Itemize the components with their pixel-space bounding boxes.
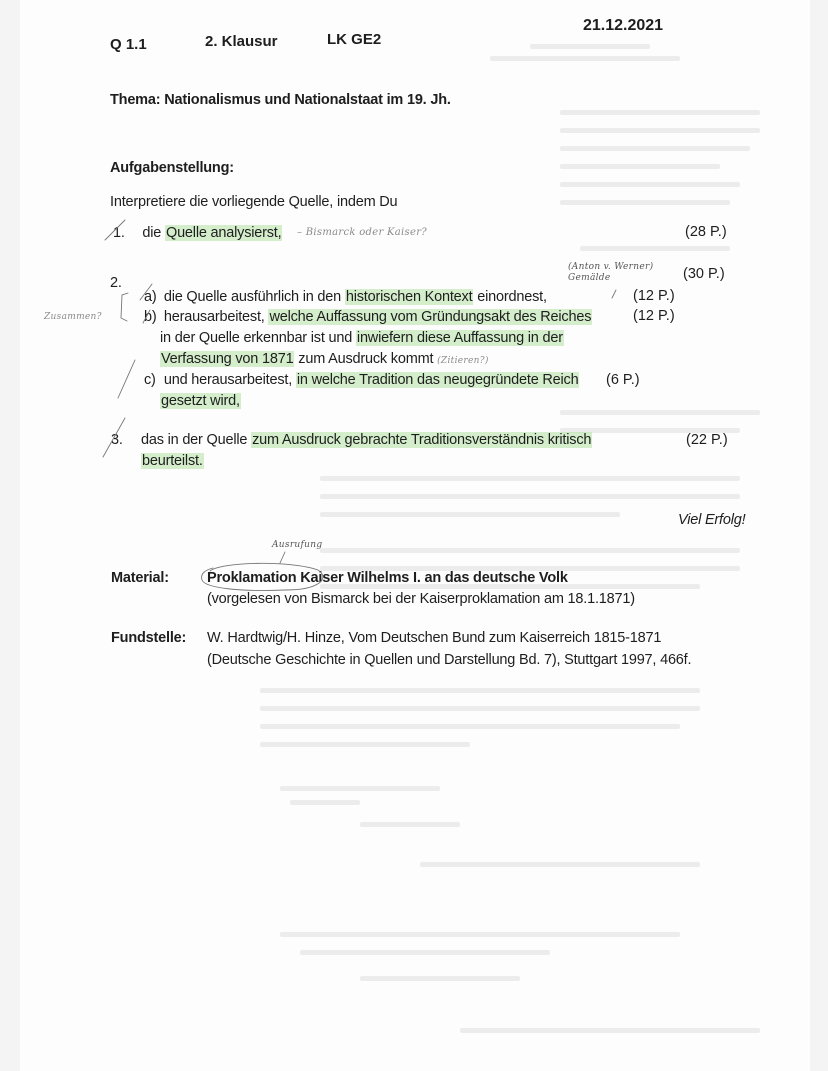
highlight: welche Auffassung vom Gründungsakt des R…: [268, 309, 592, 325]
highlight: historischen Kontext: [345, 289, 474, 305]
highlight: inwiefern diese Auffassung in der: [356, 330, 564, 346]
points: (22 P.): [686, 432, 728, 448]
pencil-note-side: Zusammen?: [44, 312, 102, 322]
subtask-b: b) herausarbeitest, welche Auffassung vo…: [144, 309, 592, 325]
pencil-note: (Zitieren?): [437, 356, 489, 366]
pencil-note: Ausrufung: [272, 540, 322, 550]
course-label: Q 1.1: [110, 36, 147, 53]
closing-text: Viel Erfolg!: [678, 512, 745, 528]
subtask-b-line2: in der Quelle erkennbar ist und inwiefer…: [160, 330, 564, 346]
material-title: Proklamation Kaiser Wilhelms I. an das d…: [207, 570, 568, 586]
topic-title: Thema: Nationalismus und Nationalstaat i…: [110, 92, 451, 108]
points: (12 P.): [633, 288, 675, 304]
subtask-a: a) die Quelle ausführlich in den histori…: [144, 289, 547, 305]
pencil-note: – Bismarck oder Kaiser?: [297, 227, 427, 238]
highlight: beurteilst.: [141, 453, 204, 469]
material-subtitle: (vorgelesen von Bismarck bei der Kaiserp…: [207, 591, 635, 607]
task-3-line2: beurteilst.: [141, 453, 204, 469]
assignment-heading: Aufgabenstellung:: [110, 160, 234, 176]
exam-label: 2. Klausur: [205, 33, 278, 50]
source-label: Fundstelle:: [111, 630, 186, 646]
source-line-2: (Deutsche Geschichte in Quellen und Dars…: [207, 652, 691, 668]
task-1: 1. die Quelle analysierst,: [113, 225, 282, 241]
highlight: gesetzt wird,: [160, 393, 241, 409]
task-3: 3.das in der Quelle zum Ausdruck gebrach…: [111, 432, 592, 448]
task-2-number: 2.: [110, 275, 122, 291]
highlight: in welche Tradition das neugegründete Re…: [296, 372, 580, 388]
source-line-1: W. Hardtwig/H. Hinze, Vom Deutschen Bund…: [207, 630, 661, 646]
exam-date: 21.12.2021: [583, 17, 663, 35]
pencil-note: (Anton v. Werner) Gemälde: [568, 262, 678, 284]
task-number: 1.: [113, 225, 125, 241]
subtask-c-line2: gesetzt wird,: [160, 393, 241, 409]
points: (30 P.): [683, 266, 725, 282]
assignment-intro: Interpretiere die vorliegende Quelle, in…: [110, 194, 397, 210]
subtask-c: c) und herausarbeitest, in welche Tradit…: [144, 372, 579, 388]
highlight: zum Ausdruck gebrachte Traditionsverstän…: [251, 432, 592, 448]
points: (6 P.): [606, 372, 640, 388]
subtask-b-line3: Verfassung von 1871 zum Ausdruck kommt (…: [160, 351, 489, 367]
points: (28 P.): [685, 224, 727, 240]
highlight: Verfassung von 1871: [160, 351, 294, 367]
material-label: Material:: [111, 570, 169, 586]
points: (12 P.): [633, 308, 675, 324]
highlight: Quelle analysierst,: [165, 225, 282, 241]
class-label: LK GE2: [327, 31, 381, 48]
